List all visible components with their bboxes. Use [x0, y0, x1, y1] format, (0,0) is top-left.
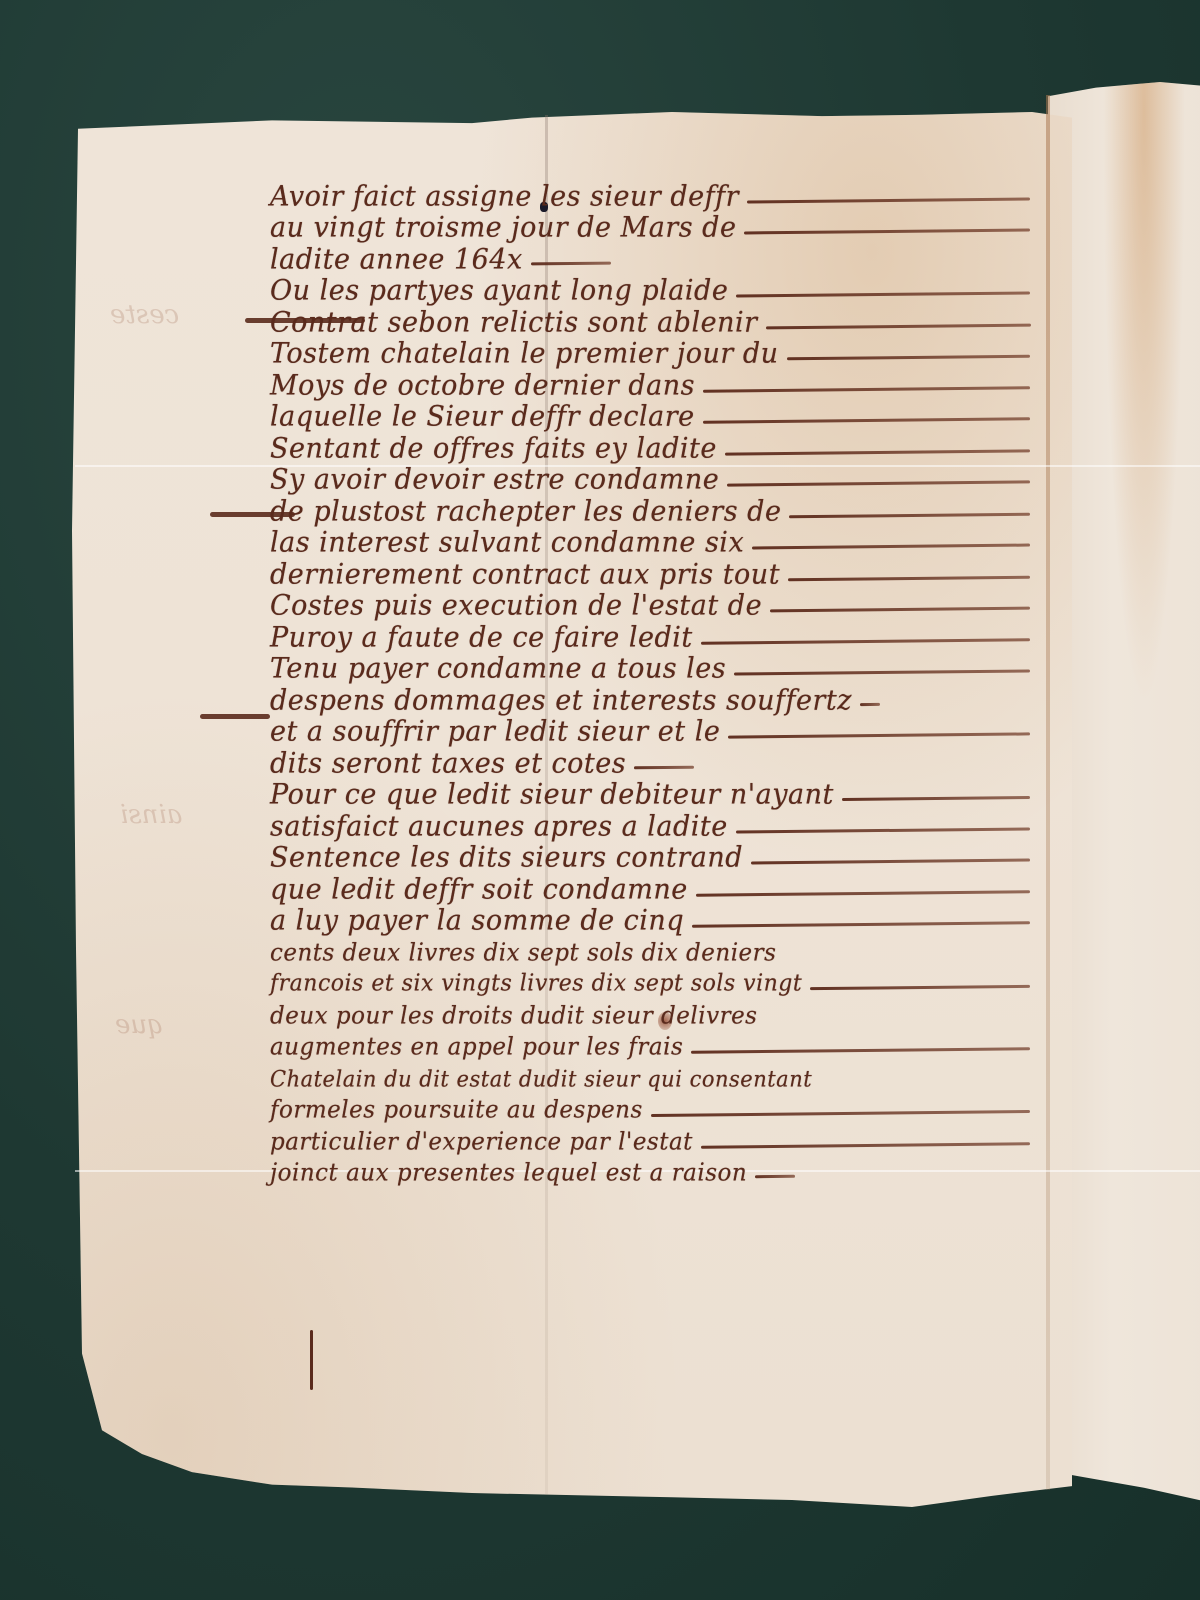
- manuscript-line: las interest sulvant condamne six: [270, 527, 1030, 559]
- line-filler: [860, 702, 880, 705]
- manuscript-line: laquelle le Sieur deffr declare: [270, 401, 1030, 433]
- manuscript-line: particulier d'experience par l'estat: [270, 1125, 1030, 1157]
- manuscript-line: cents deux livres dix sept sols dix deni…: [270, 936, 1030, 968]
- manuscript-line: Contrat sebon relictis sont ablenir: [270, 306, 1030, 338]
- manuscript-line: Sentant de offres faits ey ladite: [270, 432, 1030, 464]
- line-filler: [727, 480, 1030, 486]
- line-filler: [736, 291, 1030, 297]
- line-filler: [747, 197, 1030, 203]
- line-filler: [703, 386, 1030, 392]
- ink-descender: [310, 1330, 313, 1390]
- line-filler: [788, 575, 1030, 581]
- line-filler: [736, 827, 1030, 833]
- manuscript-line: Tenu payer condamne a tous les: [270, 653, 1030, 685]
- line-filler: [765, 323, 1030, 329]
- bleed-through-text: ceste: [110, 300, 179, 330]
- line-filler: [751, 859, 1030, 865]
- manuscript-line: Puroy a faute de ce faire ledit: [270, 621, 1030, 653]
- manuscript-text-block: Avoir faict assigne les sieur deffr au v…: [270, 180, 1030, 1188]
- manuscript-line: ladite annee 164x: [270, 243, 1030, 275]
- manuscript-line: dits seront taxes et cotes: [270, 747, 1030, 779]
- line-filler: [734, 669, 1030, 675]
- manuscript-line: francois et six vingts livres dix sept s…: [270, 968, 1030, 1000]
- line-filler: [752, 544, 1030, 550]
- manuscript-line: despens dommages et interests souffertz: [270, 684, 1030, 716]
- manuscript-line: de plustost rachepter les deniers de: [270, 495, 1030, 527]
- manuscript-line: Pour ce que ledit sieur debiteur n'ayant: [270, 779, 1030, 811]
- line-filler: [842, 796, 1030, 801]
- line-filler: [691, 1047, 1030, 1054]
- bleed-through-text: que: [115, 1010, 164, 1040]
- line-filler: [789, 512, 1030, 518]
- line-filler: [725, 449, 1030, 455]
- line-filler: [787, 355, 1030, 361]
- manuscript-line: et a souffrir par ledit sieur et le: [270, 716, 1030, 748]
- manuscript-line: Costes puis execution de l'estat de: [270, 590, 1030, 622]
- bleed-through-text: ainsi: [120, 800, 182, 830]
- line-filler: [755, 1175, 795, 1178]
- line-filler: [692, 921, 1030, 928]
- manuscript-line: Tostem chatelain le premier jour du: [270, 338, 1030, 370]
- binding-crease: [1046, 95, 1050, 1490]
- line-filler: [634, 765, 694, 769]
- line-filler: [531, 261, 611, 265]
- manuscript-line: Sentence les dits sieurs contrand: [270, 842, 1030, 874]
- line-filler: [728, 732, 1030, 738]
- line-filler: [810, 985, 1030, 990]
- ink-stroke: [200, 714, 270, 719]
- manuscript-line: Sy avoir devoir estre condamne: [270, 464, 1030, 496]
- manuscript-line: satisfaict aucunes apres a ladite: [270, 810, 1030, 842]
- line-filler: [744, 229, 1030, 235]
- manuscript-line: a luy payer la somme de cinq: [270, 905, 1030, 937]
- line-filler: [651, 1110, 1030, 1117]
- manuscript-line: Moys de octobre dernier dans: [270, 369, 1030, 401]
- line-filler: [701, 1142, 1030, 1148]
- manuscript-line: Avoir faict assigne les sieur deffr: [270, 180, 1030, 212]
- line-filler: [696, 890, 1030, 897]
- manuscript-line: que ledit deffr soit condamne: [270, 873, 1030, 905]
- manuscript-line: dernierement contract aux pris tout: [270, 558, 1030, 590]
- manuscript-line: augmentes en appel pour les frais: [270, 1031, 1030, 1063]
- manuscript-line: formeles poursuite au despens: [270, 1094, 1030, 1126]
- line-filler: [770, 607, 1030, 613]
- manuscript-line: joinct aux presentes lequel est a raison: [270, 1157, 1030, 1189]
- manuscript-line: au vingt troisme jour de Mars de: [270, 212, 1030, 244]
- line-filler: [701, 638, 1030, 644]
- manuscript-line: deux pour les droits dudit sieur delivre…: [270, 999, 1030, 1031]
- manuscript-line: Ou les partyes ayant long plaide: [270, 275, 1030, 307]
- line-filler: [703, 417, 1030, 423]
- manuscript-line: Chatelain du dit estat dudit sieur qui c…: [270, 1062, 1030, 1094]
